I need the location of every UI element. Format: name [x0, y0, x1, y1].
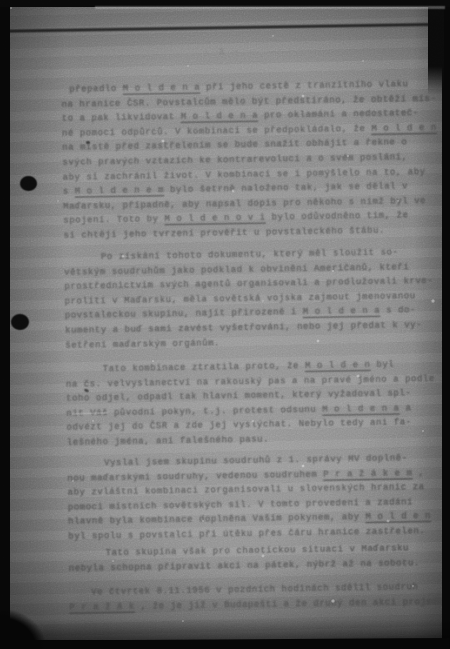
photo-border-right — [442, 0, 450, 649]
document-photo: - 3 - přepadlo M o l d e n a při jeho ce… — [0, 0, 450, 649]
underlined-name: M o l d e n a — [303, 306, 381, 317]
document-page: - 3 - přepadlo M o l d e n a při jeho ce… — [10, 7, 443, 640]
dust-speckles — [10, 7, 12, 9]
underlined-name: M o l d e n — [365, 511, 431, 522]
underlined-name: M o l d e n a — [181, 111, 259, 122]
page-content: - 3 - přepadlo M o l d e n a při jeho ce… — [10, 7, 443, 640]
paragraph: Vyslal jsem skupinu soudruhů z 1. správy… — [67, 451, 443, 545]
underlined-name: P r a ž á k e m — [323, 468, 412, 479]
paragraph: Ve čtvrtek 8.11.1956 v pozdních hodinách… — [69, 580, 443, 615]
photo-border-left — [0, 0, 10, 649]
underlined-name: M o l d e n — [305, 360, 371, 371]
paragraphs: přepadlo M o l d e n a při jeho cestě z … — [60, 7, 443, 640]
photo-corner-shadow — [0, 609, 46, 649]
underlined-name: M o l d e n e m — [75, 185, 164, 196]
underlined-name: P r a ž á k — [69, 601, 135, 612]
underlined-name: M o l d e n a — [322, 403, 400, 414]
photo-top-light-strip — [95, 6, 445, 9]
photo-border-bottom — [0, 638, 450, 649]
paragraph: Tato kombinace ztratila proto, že M o l … — [66, 357, 443, 451]
underlined-name: M o l d e n — [371, 123, 437, 134]
photo-border-right-upper — [428, 0, 444, 95]
hole-punch-top-icon — [20, 176, 37, 191]
paragraph: Tato skupina však pro chaotickou situaci… — [68, 541, 443, 576]
paragraph: přepadlo M o l d e n a při jeho cestě z … — [61, 77, 443, 243]
underlined-name: M o l d e n a — [123, 83, 201, 94]
paragraph: Po získání tohoto dokumentu, který měl s… — [64, 245, 443, 353]
ink-speck — [86, 141, 90, 144]
hole-punch-bottom-icon — [11, 314, 29, 330]
underlined-name: M o l d e n o v i — [164, 213, 265, 225]
